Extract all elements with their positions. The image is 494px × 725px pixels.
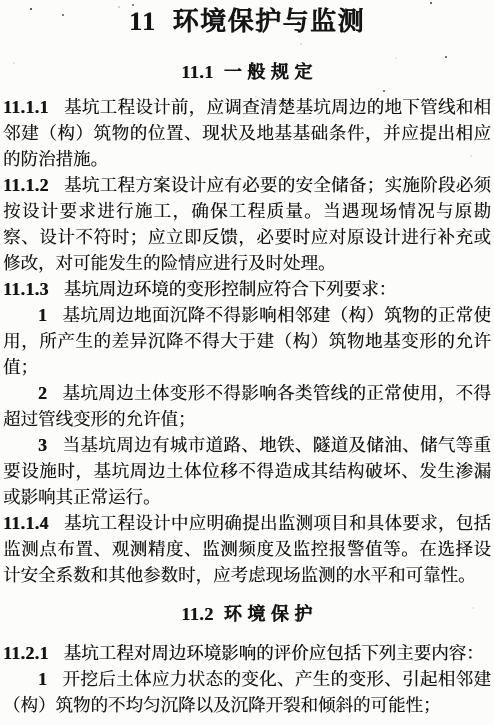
clause-number: 11.1.4: [3, 513, 49, 533]
item-text: 基坑周边地面沉降不得影响相邻建（构）筑物的正常使用，所产生的差异沉降不得大于建（…: [3, 305, 491, 377]
clause-text: 基坑工程方案设计应有必要的安全储备；实施阶段必须按设计要求进行施工，确保工程质量…: [3, 175, 491, 273]
clause-text: 基坑工程设计前，应调查清楚基坑周边的地下管线和相邻建（构）筑物的位置、现状及地基…: [3, 97, 491, 169]
clause-number: 11.1.2: [3, 175, 49, 195]
chapter-title: 11 环境保护与监测: [3, 6, 491, 38]
section-heading-11-1: 11.1 一 般 规 定: [3, 60, 491, 84]
clause-11-1-3: 11.1.3基坑周边环境的变形控制应符合下列要求：: [3, 276, 491, 302]
item-text: 当基坑周边有城市道路、地铁、隧道及储油、储气等重要设施时，基坑周边土体位移不得造…: [3, 435, 491, 507]
item-text: 基坑周边土体变形不得影响各类管线的正常使用，不得超过管线变形的允许值；: [3, 383, 491, 429]
clause-text: 基坑工程设计中应明确提出监测项目和具体要求，包括监测点布置、观测精度、监测频度及…: [3, 513, 491, 585]
clause-number: 11.1.1: [3, 97, 49, 117]
scan-noise-specks: [0, 0, 2, 2]
clause-11-1-3-item-1: 1基坑周边地面沉降不得影响相邻建（构）筑物的正常使用，所产生的差异沉降不得大于建…: [3, 302, 491, 380]
item-number: 2: [38, 383, 47, 403]
item-number: 3: [38, 435, 47, 455]
item-number: 1: [38, 305, 47, 325]
item-number: 1: [38, 669, 47, 689]
clause-11-1-3-item-2: 2基坑周边土体变形不得影响各类管线的正常使用，不得超过管线变形的允许值；: [3, 380, 491, 432]
document-page: 11 环境保护与监测 11.1 一 般 规 定 11.1.1基坑工程设计前，应调…: [0, 0, 494, 718]
clause-number: 11.2.1: [3, 643, 49, 663]
clause-11-2-1-item-1: 1开挖后土体应力状态的变化、产生的变形、引起相邻建（构）筑物的不均匀沉降以及沉降…: [3, 666, 491, 718]
clause-11-1-4: 11.1.4基坑工程设计中应明确提出监测项目和具体要求，包括监测点布置、观测精度…: [3, 510, 491, 588]
section-11-1-body: 11.1.1基坑工程设计前，应调查清楚基坑周边的地下管线和相邻建（构）筑物的位置…: [3, 94, 491, 588]
clause-11-2-1: 11.2.1基坑工程对周边环境影响的评价应包括下列主要内容：: [3, 640, 491, 666]
clause-11-1-2: 11.1.2基坑工程方案设计应有必要的安全储备；实施阶段必须按设计要求进行施工，…: [3, 172, 491, 276]
section-11-2-body: 11.2.1基坑工程对周边环境影响的评价应包括下列主要内容： 1开挖后土体应力状…: [3, 640, 491, 718]
clause-text: 基坑周边环境的变形控制应符合下列要求：: [64, 279, 397, 299]
clause-number: 11.1.3: [3, 279, 49, 299]
clause-11-1-1: 11.1.1基坑工程设计前，应调查清楚基坑周边的地下管线和相邻建（构）筑物的位置…: [3, 94, 491, 172]
clause-text: 基坑工程对周边环境影响的评价应包括下列主要内容：: [64, 643, 484, 663]
section-heading-11-2: 11.2 环 境 保 护: [3, 602, 491, 626]
item-text: 开挖后土体应力状态的变化、产生的变形、引起相邻建（构）筑物的不均匀沉降以及沉降开…: [3, 669, 491, 715]
clause-11-1-3-item-3: 3当基坑周边有城市道路、地铁、隧道及储油、储气等重要设施时，基坑周边土体位移不得…: [3, 432, 491, 510]
